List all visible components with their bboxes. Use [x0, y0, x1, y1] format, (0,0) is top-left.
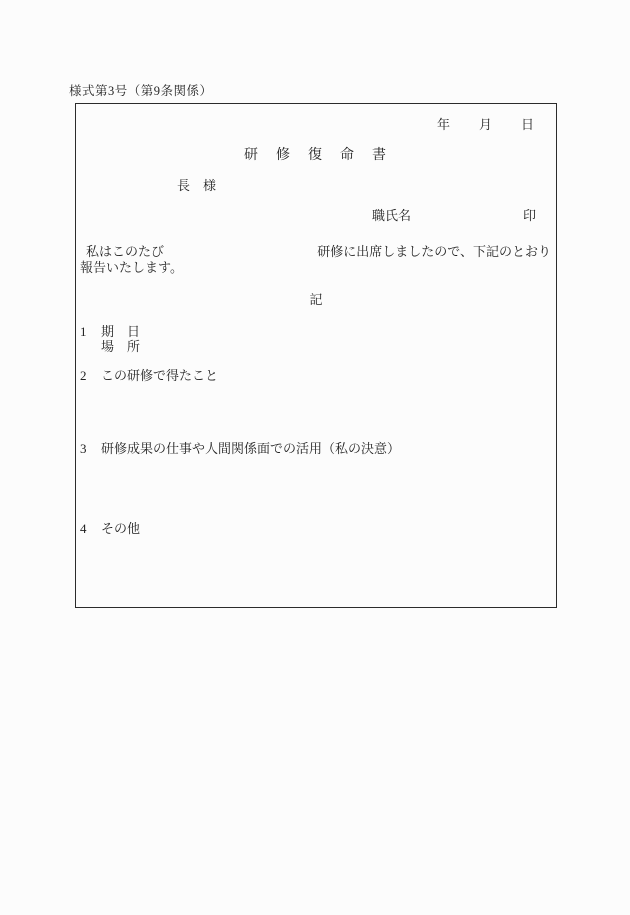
item-label: その他 — [101, 521, 140, 536]
seal-label: 印 — [523, 208, 536, 223]
form-box: 年 月 日 研 修 復 命 書 長 様 職氏名 印 私はこのたび 研修に出席しま… — [75, 103, 557, 608]
item-line: 1 期 日 — [80, 324, 556, 339]
item-number: 3 — [80, 441, 101, 456]
item-number: 2 — [80, 368, 101, 383]
item-number: 4 — [80, 521, 101, 536]
addressee-line: 長 様 — [76, 178, 556, 193]
form-title: 研 修 復 命 書 — [76, 148, 556, 163]
form-number-label: 様式第3号（第9条関係） — [69, 84, 213, 98]
item-number-spacer — [80, 339, 101, 354]
signature-row: 職氏名 印 — [76, 208, 556, 223]
item-number: 1 — [80, 324, 101, 339]
item-label: 期 日 — [101, 324, 140, 339]
item-label: 研修成果の仕事や人間関係面での活用（私の決意） — [101, 441, 400, 456]
form-item-2: 2 この研修で得たこと — [76, 368, 556, 383]
item-label: この研修で得たこと — [101, 368, 218, 383]
date-line: 年 月 日 — [76, 117, 556, 132]
body-paragraph: 私はこのたび 研修に出席しましたので、下記のとおり 報告いたします。 — [76, 244, 556, 275]
item-line: 3 研修成果の仕事や人間関係面での活用（私の決意） — [80, 441, 556, 456]
signature-name-label: 職氏名 — [372, 208, 411, 223]
item-line: 4 その他 — [80, 521, 556, 536]
item-label: 場 所 — [101, 339, 140, 354]
form-item-3: 3 研修成果の仕事や人間関係面での活用（私の決意） — [76, 441, 556, 456]
form-item-1: 1 期 日 場 所 — [76, 324, 556, 354]
item-line: 2 この研修で得たこと — [80, 368, 556, 383]
body-line-1: 私はこのたび 研修に出席しましたので、下記のとおり — [76, 244, 556, 259]
body-line1-right-text: 研修に出席しましたので、下記のとおり — [317, 244, 551, 259]
body-line1-left-text: 私はこのたび — [86, 244, 164, 259]
body-line-2: 報告いたします。 — [76, 260, 556, 275]
document-page: 様式第3号（第9条関係） 年 月 日 研 修 復 命 書 長 様 職氏名 印 私… — [0, 0, 630, 915]
item-line: 場 所 — [80, 339, 556, 354]
form-item-4: 4 その他 — [76, 521, 556, 536]
record-marker: 記 — [76, 292, 556, 307]
